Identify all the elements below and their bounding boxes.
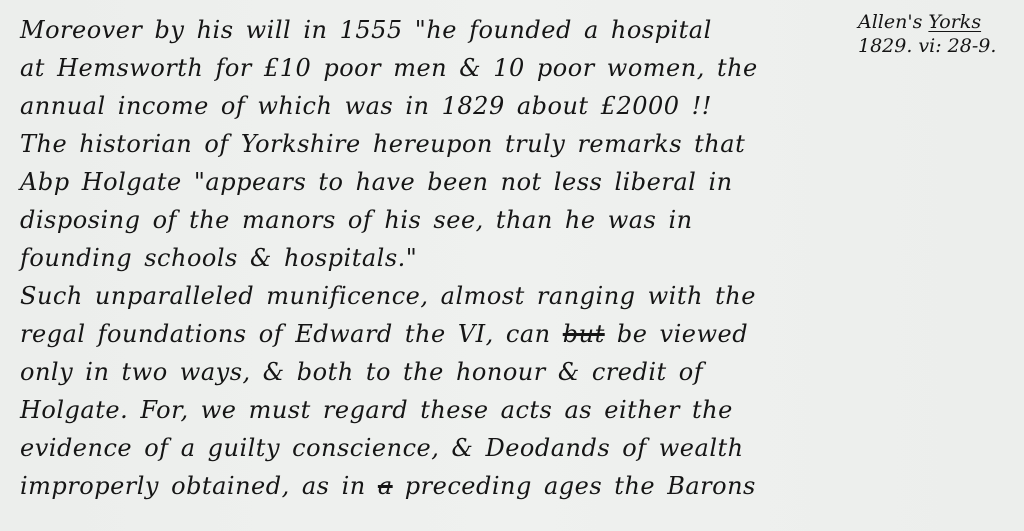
line-9-after: be viewed — [605, 320, 748, 348]
line-13-before: improperly obtained, as in — [20, 472, 378, 500]
line-9-before: regal foundations of Edward the VI, can — [20, 320, 563, 348]
citation-author: Allen's — [858, 11, 922, 33]
citation-reference: 1829. vi: 28-9. — [858, 34, 1018, 58]
manuscript-line-13: improperly obtained, as in a preceding a… — [20, 472, 756, 506]
manuscript-line-12: evidence of a guilty conscience, & Deoda… — [20, 434, 744, 468]
manuscript-line-9: regal foundations of Edward the VI, can … — [20, 320, 748, 354]
manuscript-line-7: founding schools & hospitals." — [20, 244, 417, 278]
manuscript-line-2: at Hemsworth for £10 poor men & 10 poor … — [20, 54, 758, 88]
manuscript-line-3: annual income of which was in 1829 about… — [20, 92, 712, 126]
struck-word: but — [563, 320, 605, 348]
citation-title: Yorks — [928, 11, 981, 33]
line-13-after: preceding ages the Barons — [393, 472, 756, 500]
manuscript-line-1: Moreover by his will in 1555 "he founded… — [20, 16, 712, 50]
manuscript-line-4: The historian of Yorkshire hereupon trul… — [20, 130, 745, 164]
manuscript-line-8: Such unparalleled munificence, almost ra… — [20, 282, 756, 316]
struck-word: a — [378, 472, 393, 500]
manuscript-line-5: Abp Holgate "appears to have been not le… — [20, 168, 733, 202]
manuscript-line-11: Holgate. For, we must regard these acts … — [20, 396, 733, 430]
margin-citation: Allen's Yorks 1829. vi: 28-9. — [858, 10, 1018, 58]
manuscript-line-10: only in two ways, & both to the honour &… — [20, 358, 703, 392]
manuscript-line-6: disposing of the manors of his see, than… — [20, 206, 693, 240]
citation-source: Allen's Yorks — [858, 10, 1018, 34]
manuscript-page: Moreover by his will in 1555 "he founded… — [0, 0, 1024, 531]
